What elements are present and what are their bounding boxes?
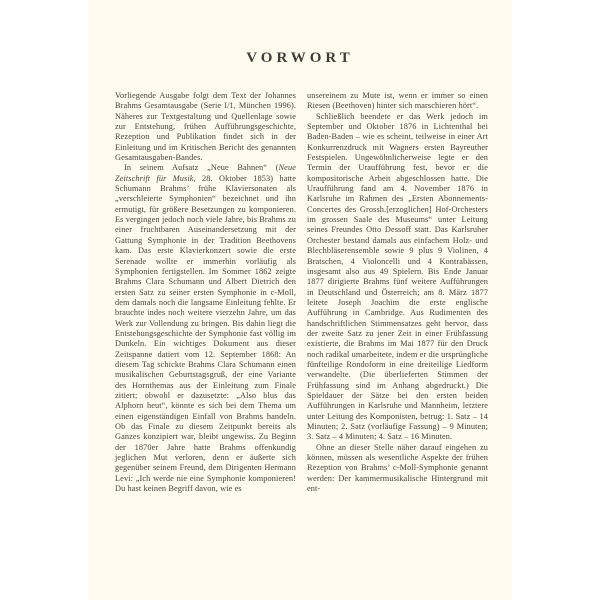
text-column-left: Vorliegende Ausgabe folgt dem Text der J… [115,91,296,494]
text-column-right: unsereinem zu Mute ist, wenn er immer so… [307,91,488,494]
text-segment: unsereinem zu Mute ist, wenn er immer so… [307,91,488,110]
text-segment: Vorliegende Ausgabe folgt dem Text der J… [115,91,296,162]
paragraph: Vorliegende Ausgabe folgt dem Text der J… [115,91,296,163]
paragraph: unsereinem zu Mute ist, wenn er immer so… [307,91,488,112]
text-segment: Schließlich beendete er das Werk jedoch … [307,112,488,442]
paragraph: Ohne an dieser Stelle näher darauf einge… [307,443,488,495]
text-segment: Ohne an dieser Stelle näher darauf einge… [307,443,488,493]
page-title: VORWORT [88,50,512,67]
text-segment: , 28. Oktober 1853) hatte Schumann Brahm… [115,174,296,493]
paragraph: Schließlich beendete er das Werk jedoch … [307,112,488,443]
text-columns: Vorliegende Ausgabe folgt dem Text der J… [115,91,488,494]
paragraph: In seinem Aufsatz „Neue Bahnen“ (Neue Ze… [115,163,296,494]
scan-background: VORWORT Vorliegende Ausgabe folgt dem Te… [0,0,600,600]
text-segment: In seinem Aufsatz „Neue Bahnen“ ( [124,163,279,172]
book-page: VORWORT Vorliegende Ausgabe folgt dem Te… [88,0,512,600]
